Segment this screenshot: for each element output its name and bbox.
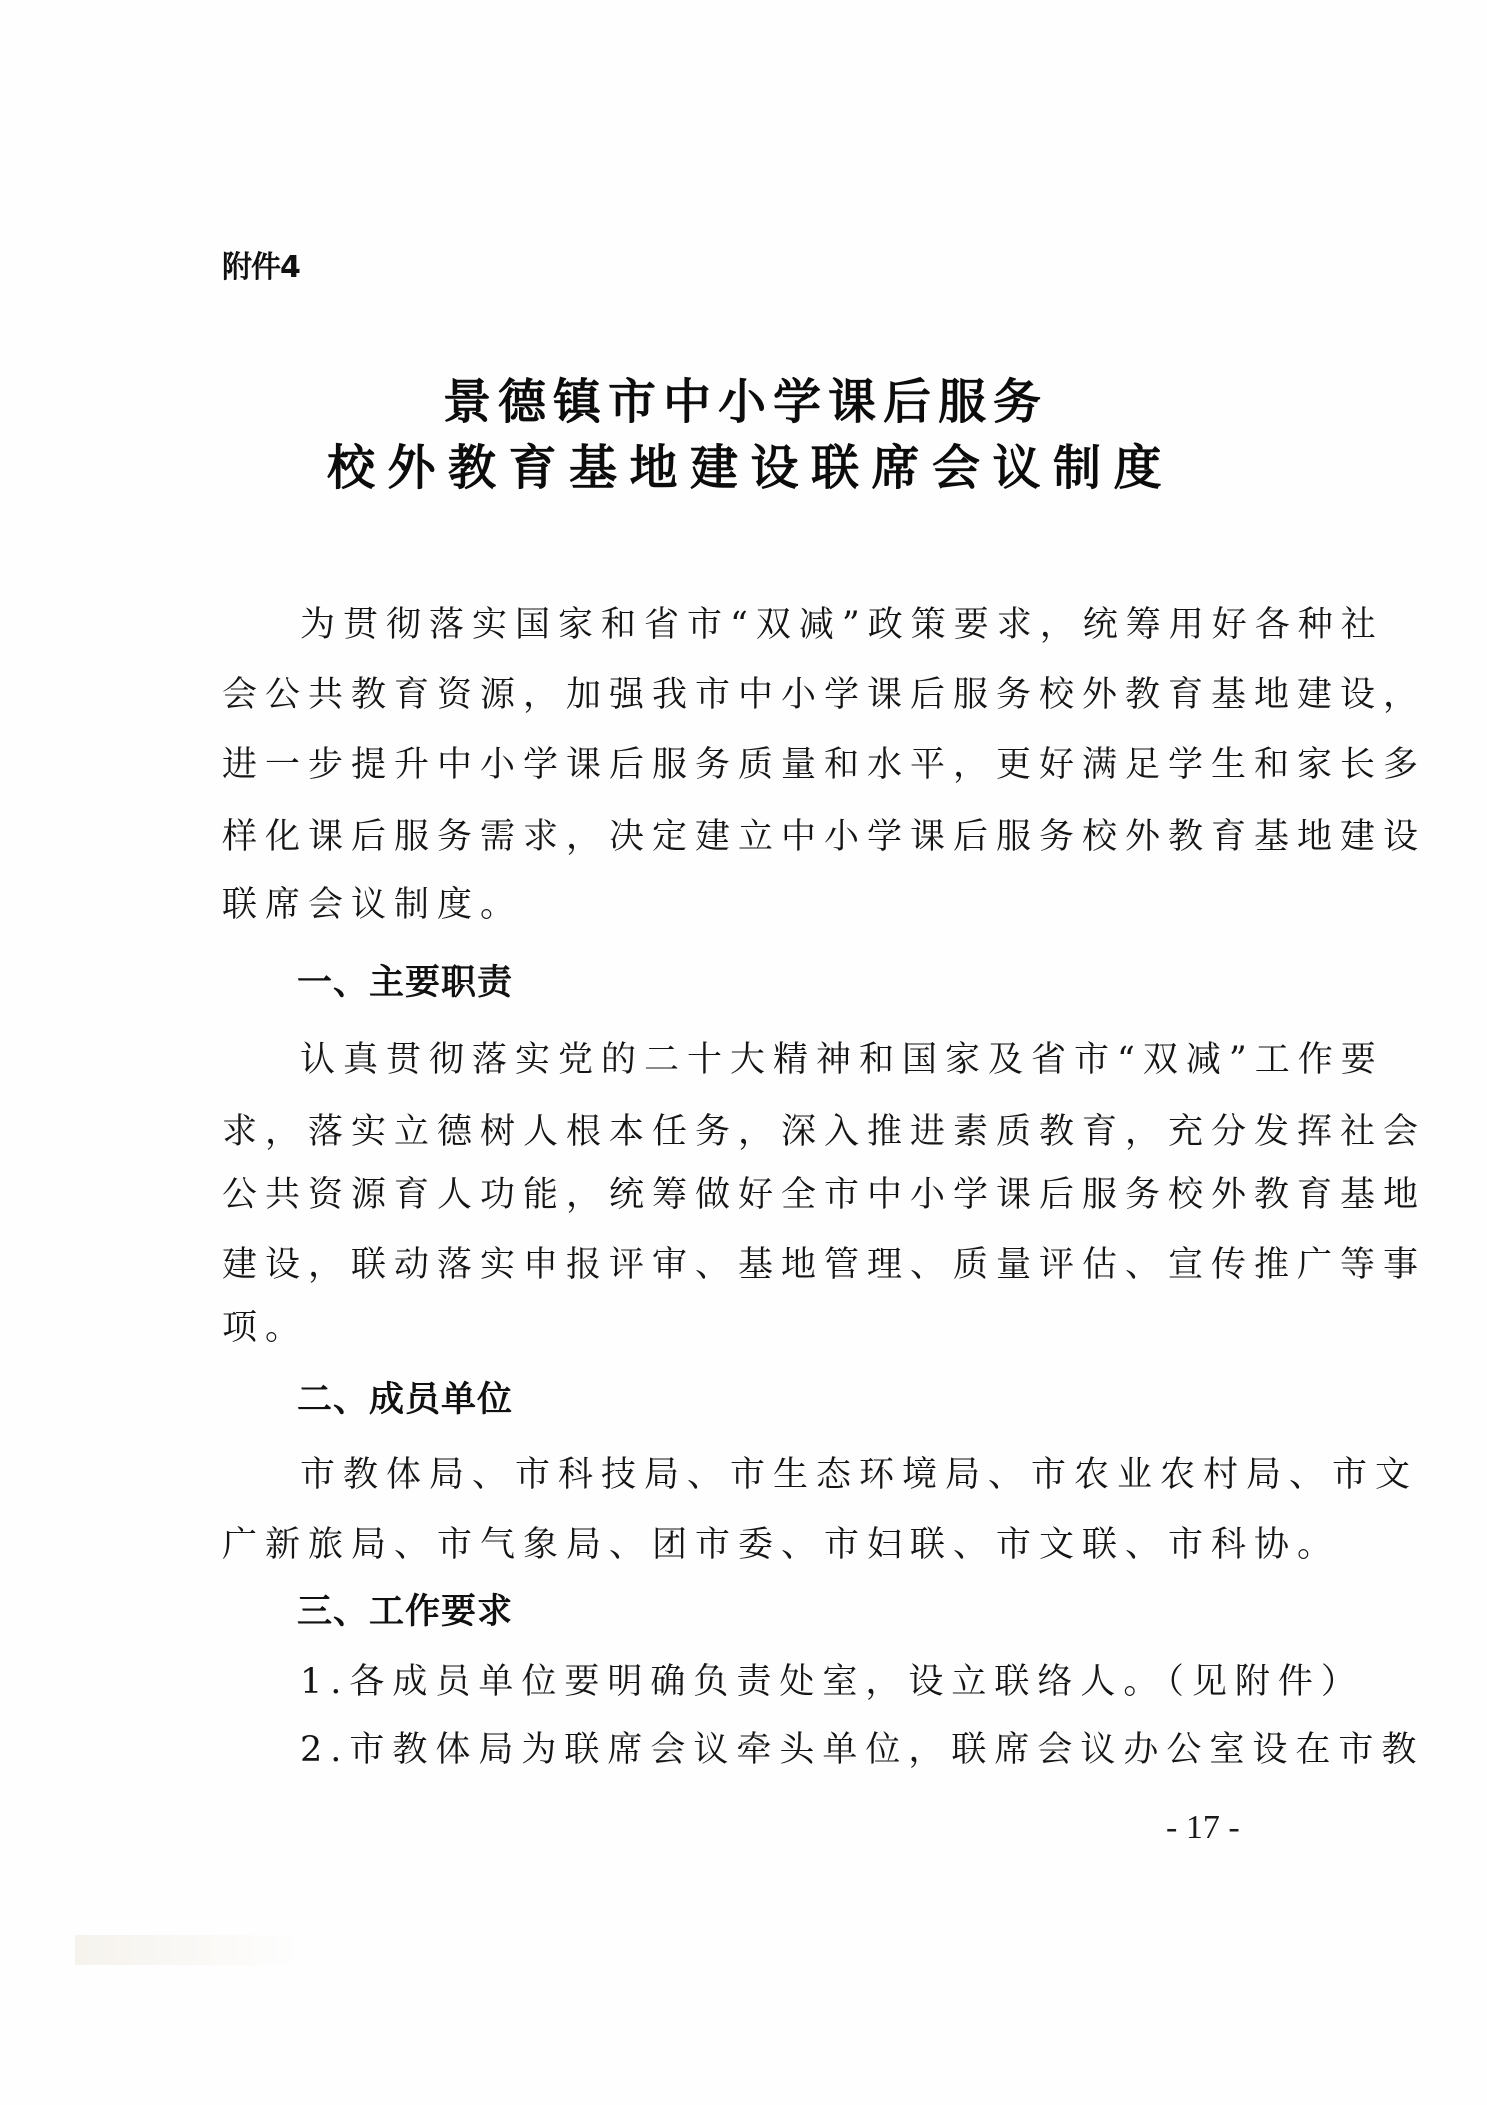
intro-paragraph-line: 联席会议制度。 (222, 880, 1282, 930)
section-2-line: 市教体局、市科技局、市生态环境局、市农业农村局、市文 (300, 1450, 1360, 1500)
section-1-line: 建设，联动落实申报评审、基地管理、质量评估、宣传推广等事 (222, 1240, 1282, 1290)
section-1-line: 认真贯彻落实党的二十大精神和国家及省市“双减”工作要 (300, 1035, 1360, 1085)
document-title-line-1: 景德镇市中小学课后服务 (0, 372, 1487, 432)
section-heading-member-units: 二、成员单位 (297, 1375, 513, 1425)
section-3-line: 2.市教体局为联席会议牵头单位，联席会议办公室设在市教 (300, 1725, 1360, 1775)
document-title-line-2: 校外教育基地建设联席会议制度 (0, 438, 1487, 498)
attachment-label: 附件4 (222, 248, 300, 288)
intro-paragraph-line: 为贯彻落实国家和省市“双减”政策要求，统筹用好各种社 (300, 600, 1360, 650)
section-1-line: 求，落实立德树人根本任务，深入推进素质教育，充分发挥社会 (222, 1107, 1282, 1157)
section-heading-work-requirements: 三、工作要求 (297, 1587, 513, 1637)
intro-paragraph-line: 样化课后服务需求，决定建立中小学课后服务校外教育基地建设 (222, 812, 1282, 862)
section-1-line: 公共资源育人功能，统筹做好全市中小学课后服务校外教育基地 (222, 1170, 1282, 1220)
section-heading-responsibilities: 一、主要职责 (297, 958, 513, 1008)
intro-paragraph-line: 进一步提升中小学课后服务质量和水平，更好满足学生和家长多 (222, 740, 1282, 790)
intro-paragraph-line: 会公共教育资源，加强我市中小学课后服务校外教育基地建设， (222, 670, 1282, 720)
scan-artifact (75, 1935, 305, 1965)
section-2-line: 广新旅局、市气象局、团市委、市妇联、市文联、市科协。 (222, 1520, 1282, 1570)
section-3-line: 1.各成员单位要明确负责处室，设立联络人。（见附件） (300, 1657, 1360, 1707)
page-number: - 17 - (1166, 1808, 1240, 1848)
section-1-line: 项。 (222, 1303, 1282, 1353)
document-page: 附件4 景德镇市中小学课后服务 校外教育基地建设联席会议制度 为贯彻落实国家和省… (0, 0, 1487, 2105)
